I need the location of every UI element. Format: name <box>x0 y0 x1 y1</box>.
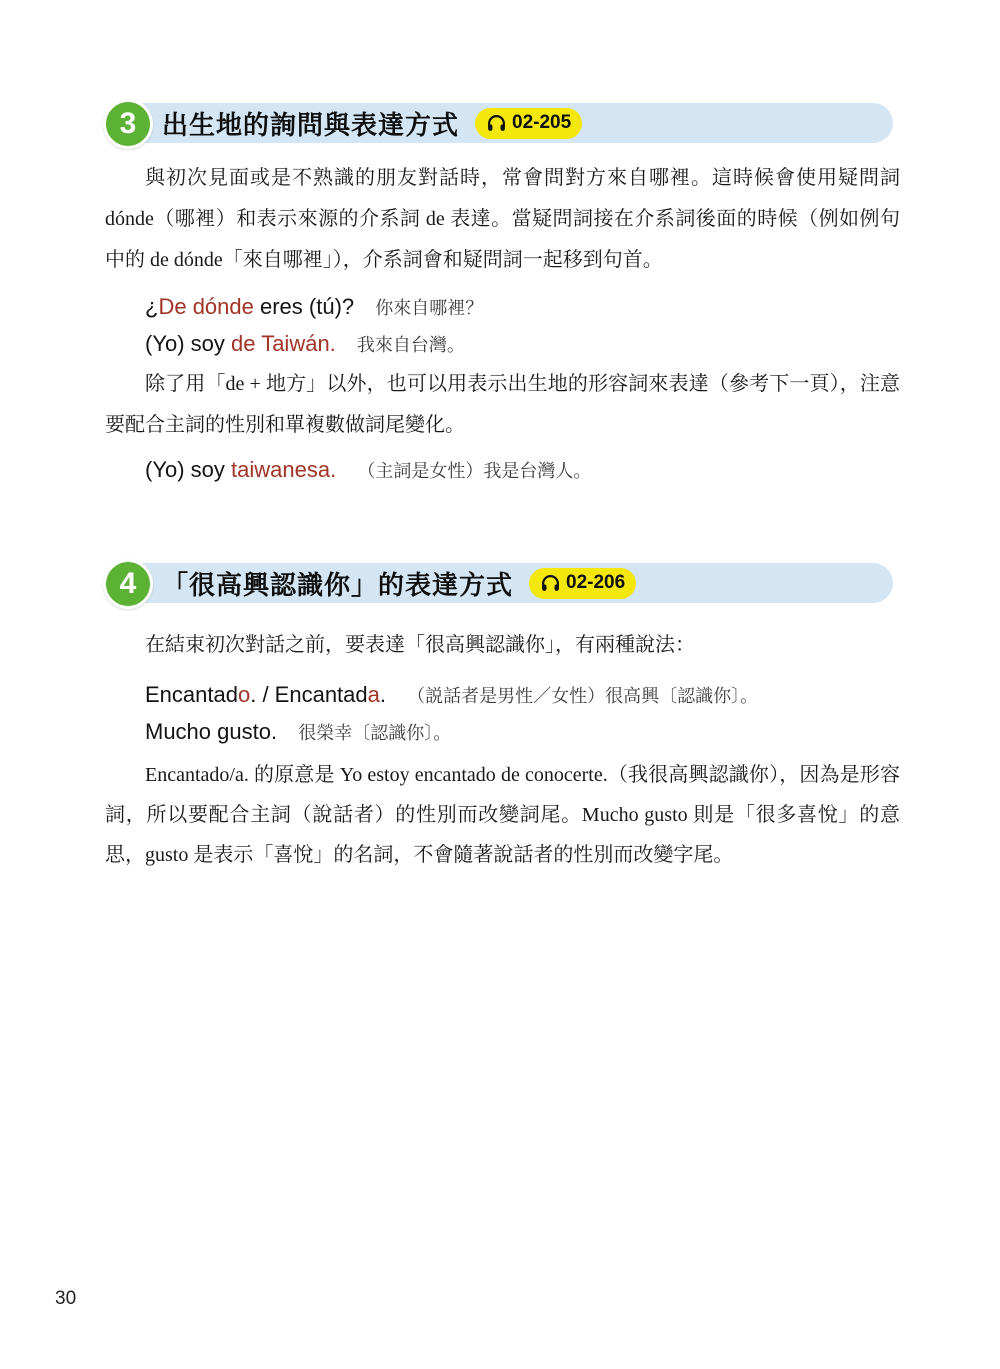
section-3-audio-badge: 02-205 <box>475 108 582 139</box>
section-3-audio-track: 02-205 <box>512 112 571 134</box>
example-sentence: (Yo) soy de Taiwán. 我來自台灣。 <box>145 325 905 362</box>
spanish-sentence: (Yo) soy taiwanesa. <box>145 457 336 482</box>
section-4-number: 4 <box>120 567 137 601</box>
section-3-number-badge: 3 <box>103 99 153 149</box>
sentence-translation: 你來自哪裡？ <box>375 298 483 318</box>
example-sentence: Encantado. / Encantada. （説話者是男性／女性）很高興〔認… <box>145 676 905 713</box>
section-4-note-paragraph: Encantado/a. 的原意是 Yo estoy encantado de … <box>105 755 900 875</box>
sentence-translation: 很榮幸〔認識你〕。 <box>298 723 451 743</box>
textbook-page: 3 出生地的詢問與表達方式 02-205 與初次見面或是不熟識的朋友對話時，常會… <box>0 0 1000 1369</box>
section-3-example-list-2: (Yo) soy taiwanesa. （主詞是女性）我是台灣人。 <box>145 451 905 488</box>
spanish-sentence: Mucho gusto. <box>145 719 277 744</box>
sentence-translation: （説話者是男性／女性）很高興〔認識你〕。 <box>407 686 758 706</box>
headphones-icon <box>486 113 507 134</box>
example-sentence: Mucho gusto. 很榮幸〔認識你〕。 <box>145 713 905 750</box>
section-3-title: 出生地的詢問與表達方式 <box>162 105 459 142</box>
section-3-title-row: 出生地的詢問與表達方式 02-205 <box>162 103 582 143</box>
spanish-sentence: (Yo) soy de Taiwán. <box>145 331 336 356</box>
section-4-intro-paragraph: 在結束初次對話之前，要表達「很高興認識你」，有兩種說法： <box>105 625 900 666</box>
section-3-note-paragraph: 除了用「de + 地方」以外，也可以用表示出生地的形容詞來表達（參考下一頁），注… <box>105 364 900 446</box>
section-4-title: 「很高興認識你」的表達方式 <box>162 565 513 602</box>
section-4-audio-badge: 02-206 <box>529 568 636 599</box>
section-4-audio-track: 02-206 <box>566 572 625 594</box>
section-4-header: 4 「很高興認識你」的表達方式 02-206 <box>105 559 900 609</box>
headphones-icon <box>540 573 561 594</box>
section-3-header: 3 出生地的詢問與表達方式 02-205 <box>105 99 900 149</box>
page-number: 30 <box>55 1288 76 1310</box>
example-sentence: ¿De dónde eres (tú)? 你來自哪裡？ <box>145 288 905 325</box>
section-4-example-list: Encantado. / Encantada. （説話者是男性／女性）很高興〔認… <box>145 676 905 750</box>
section-4-title-row: 「很高興認識你」的表達方式 02-206 <box>162 563 636 603</box>
sentence-translation: 我來自台灣。 <box>357 335 465 355</box>
spanish-sentence: Encantado. / Encantada. <box>145 682 386 707</box>
section-4-number-badge: 4 <box>103 559 153 609</box>
section-3-intro-paragraph: 與初次見面或是不熟識的朋友對話時，常會問對方來自哪裡。這時候會使用疑問詞 dón… <box>105 158 900 281</box>
example-sentence: (Yo) soy taiwanesa. （主詞是女性）我是台灣人。 <box>145 451 905 488</box>
sentence-translation: （主詞是女性）我是台灣人。 <box>357 461 591 481</box>
section-3-number: 3 <box>120 107 137 141</box>
spanish-sentence: ¿De dónde eres (tú)? <box>145 294 354 319</box>
section-3-example-list: ¿De dónde eres (tú)? 你來自哪裡？ (Yo) soy de … <box>145 288 905 362</box>
